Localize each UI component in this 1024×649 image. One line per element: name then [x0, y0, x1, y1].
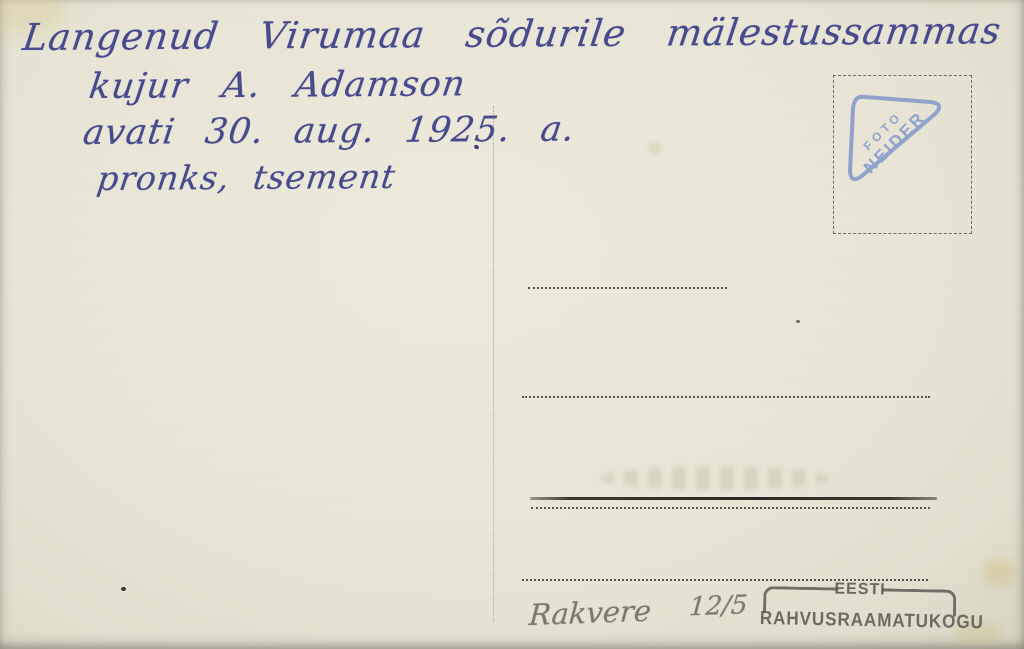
address-dotted-line-3	[531, 507, 930, 509]
dark-speck	[121, 587, 126, 591]
pencil-note: Rakvere12/5	[528, 590, 749, 632]
erased-writing-smudge	[600, 466, 830, 490]
handwriting-title-line: Langenud Virumaa sõdurile mälestussammas	[20, 9, 1004, 59]
eesti-rahvusraamatukogu-stamp: EESTI RAHVUSRAAMATUKOGU	[762, 582, 963, 642]
address-solid-line	[530, 497, 937, 500]
stamp-placement-box: FOTO NEIDER	[833, 75, 972, 234]
stamp-library-name-text: RAHVUSRAAMATUKOGU	[760, 608, 984, 634]
pencil-number-text: 12/5	[688, 590, 748, 622]
center-divider-line	[493, 106, 494, 622]
postcard-back: Langenud Virumaa sõdurile mälestussammas…	[0, 0, 1024, 649]
handwriting-date-line: avati 30. aug. 1925. a.	[81, 110, 578, 153]
foto-neider-stamp: FOTO NEIDER	[838, 82, 963, 207]
stain-right-edge	[982, 558, 1016, 588]
paper-blemish-spot	[648, 142, 662, 154]
gray-speck	[796, 320, 800, 323]
stamp-eesti-text: EESTI	[834, 580, 882, 599]
address-dotted-line-2	[522, 396, 930, 398]
pencil-place-text: Rakvere	[528, 594, 652, 632]
address-dotted-line-1	[528, 287, 727, 289]
handwriting-sculptor-line: kujur A. Adamson	[87, 64, 469, 107]
handwriting-material-line: pronks, tsement	[95, 157, 398, 198]
